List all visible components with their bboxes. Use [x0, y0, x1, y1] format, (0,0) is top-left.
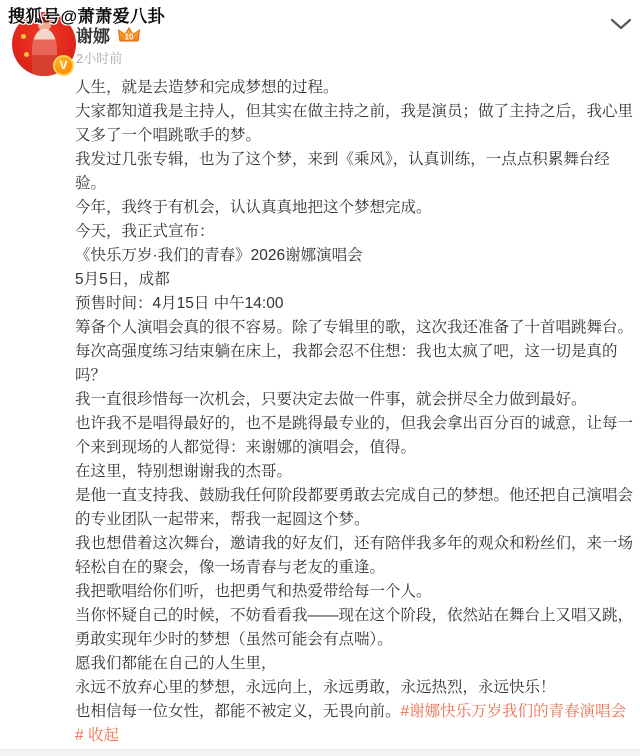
vip-crown-badge: 10 [116, 25, 142, 45]
post-paragraph: 预售时间：4月15日 中午14:00 [75, 292, 634, 316]
post-timestamp[interactable]: 2小时前 [76, 48, 122, 67]
post-paragraph: 是他一直支持我、鼓励我任何阶段都要勇敢去完成自己的梦想。他还把自己演唱会的专业团… [75, 484, 634, 532]
chevron-down-icon[interactable] [609, 17, 633, 31]
post-paragraph: 《快乐万岁·我们的青春》2026谢娜演唱会 [75, 244, 634, 268]
post-paragraph: 当你怀疑自己的时候，不妨看看我——现在这个阶段，依然站在舞台上又唱又跳，勇敢实现… [75, 604, 634, 652]
post-paragraph: 我把歌唱给你们听，也把勇气和热爱带给每一个人。 [75, 580, 634, 604]
post-paragraph: 我一直很珍惜每一次机会，只要决定去做一件事，就会拼尽全力做到最好。 [75, 388, 634, 412]
post-paragraph: 5月5日，成都 [75, 268, 634, 292]
post-paragraph: 我发过几张专辑，也为了这个梦，来到《乘风》，认真训练，一点点积累舞台经验。 [75, 148, 634, 196]
watermark: 搜狐号@萧萧爱八卦 [8, 2, 165, 27]
post-paragraph: 也许我不是唱得最好的，也不是跳得最专业的，但我会拿出百分百的诚意，让每一个来到现… [75, 412, 634, 460]
post-page: 搜狐号@萧萧爱八卦 V 谢娜 10 2小时前 [0, 0, 640, 756]
post-paragraph: 今天，我正式宣布： [75, 220, 634, 244]
vip-level-number: 10 [125, 32, 134, 41]
verified-icon: V [53, 55, 74, 76]
closing-text: 也相信每一位女性，都能不被定义，无畏向前。 [75, 703, 401, 720]
post-paragraph: 每次高强度练习结束躺在床上，我都会忍不住想：我也太疯了吧，这一切是真的吗？ [75, 340, 634, 388]
next-section-divider [0, 749, 640, 756]
post-paragraph: 愿我们都能在自己的人生里， [75, 652, 634, 676]
post-paragraph: 人生，就是去造梦和完成梦想的过程。 [75, 76, 634, 100]
avatar-decor-dot [21, 34, 26, 39]
post-paragraph: 永远不放弃心里的梦想，永远向上，永远勇敢，永远热烈，永远快乐！ [75, 676, 634, 700]
avatar-decor-dot [24, 52, 29, 57]
post-paragraph: 我也想借着这次舞台，邀请我的好友们，还有陪伴我多年的观众和粉丝们，来一场轻松自在… [75, 532, 634, 580]
post-closing-paragraph: 也相信每一位女性，都能不被定义，无畏向前。#谢娜快乐万岁我们的青春演唱会# 收起 [75, 700, 634, 748]
post-paragraph: 大家都知道我是主持人，但其实在做主持之前，我是演员；做了主持之后，我心里又多了一… [75, 100, 634, 148]
post-content: 人生，就是去造梦和完成梦想的过程。大家都知道我是主持人，但其实在做主持之前，我是… [75, 76, 634, 748]
post-paragraph: 今年，我终于有机会，认认真真地把这个梦想完成。 [75, 196, 634, 220]
post-paragraphs: 人生，就是去造梦和完成梦想的过程。大家都知道我是主持人，但其实在做主持之前，我是… [75, 76, 634, 700]
post-paragraph: 在这里，特别想谢谢我的杰哥。 [75, 460, 634, 484]
post-paragraph: 筹备个人演唱会真的很不容易。除了专辑里的歌，这次我还准备了十首唱跳舞台。 [75, 316, 634, 340]
collapse-link[interactable]: 收起 [88, 727, 119, 744]
